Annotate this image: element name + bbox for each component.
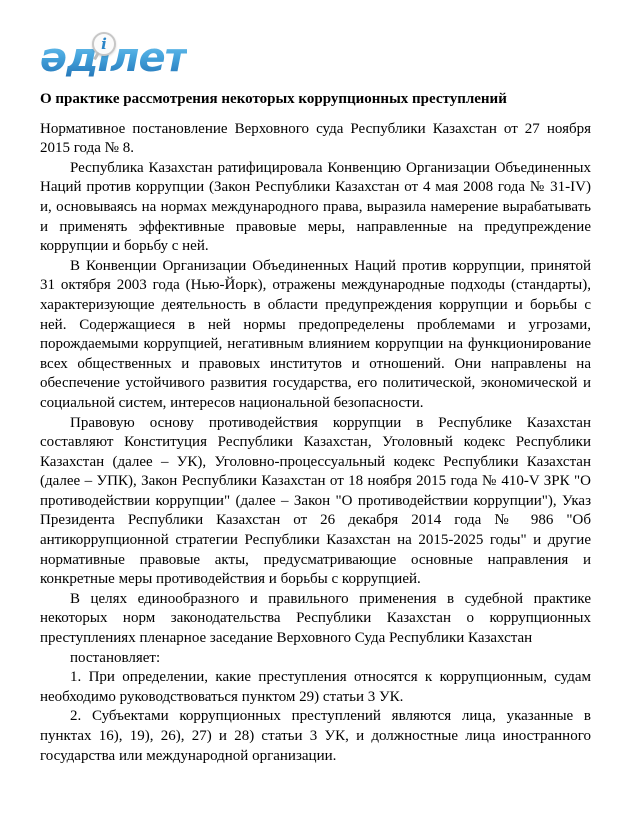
paragraph: Республика Казахстан ратифицировала Конв… [40, 159, 591, 257]
paragraph: постановляет: [40, 649, 591, 669]
paragraph: В Конвенции Организации Объединенных Нац… [40, 257, 591, 414]
paragraph: 1. При определении, какие преступления о… [40, 668, 591, 707]
paragraph: Правовую основу противодействия коррупци… [40, 414, 591, 590]
document-title: О практике рассмотрения некоторых корруп… [40, 90, 591, 110]
paragraph: В целях единообразного и правильного при… [40, 590, 591, 649]
document-page: әділет i О практике рассмотрения некотор… [0, 0, 640, 828]
magnifier-letter: i [101, 35, 107, 53]
document-body: Нормативное постановление Верховного суд… [40, 120, 591, 767]
paragraph: Нормативное постановление Верховного суд… [40, 120, 591, 159]
adilet-logo[interactable]: әділет i [40, 34, 187, 82]
magnifier-icon: i [92, 32, 116, 56]
paragraph: 2. Субъектами коррупционных преступлений… [40, 707, 591, 766]
